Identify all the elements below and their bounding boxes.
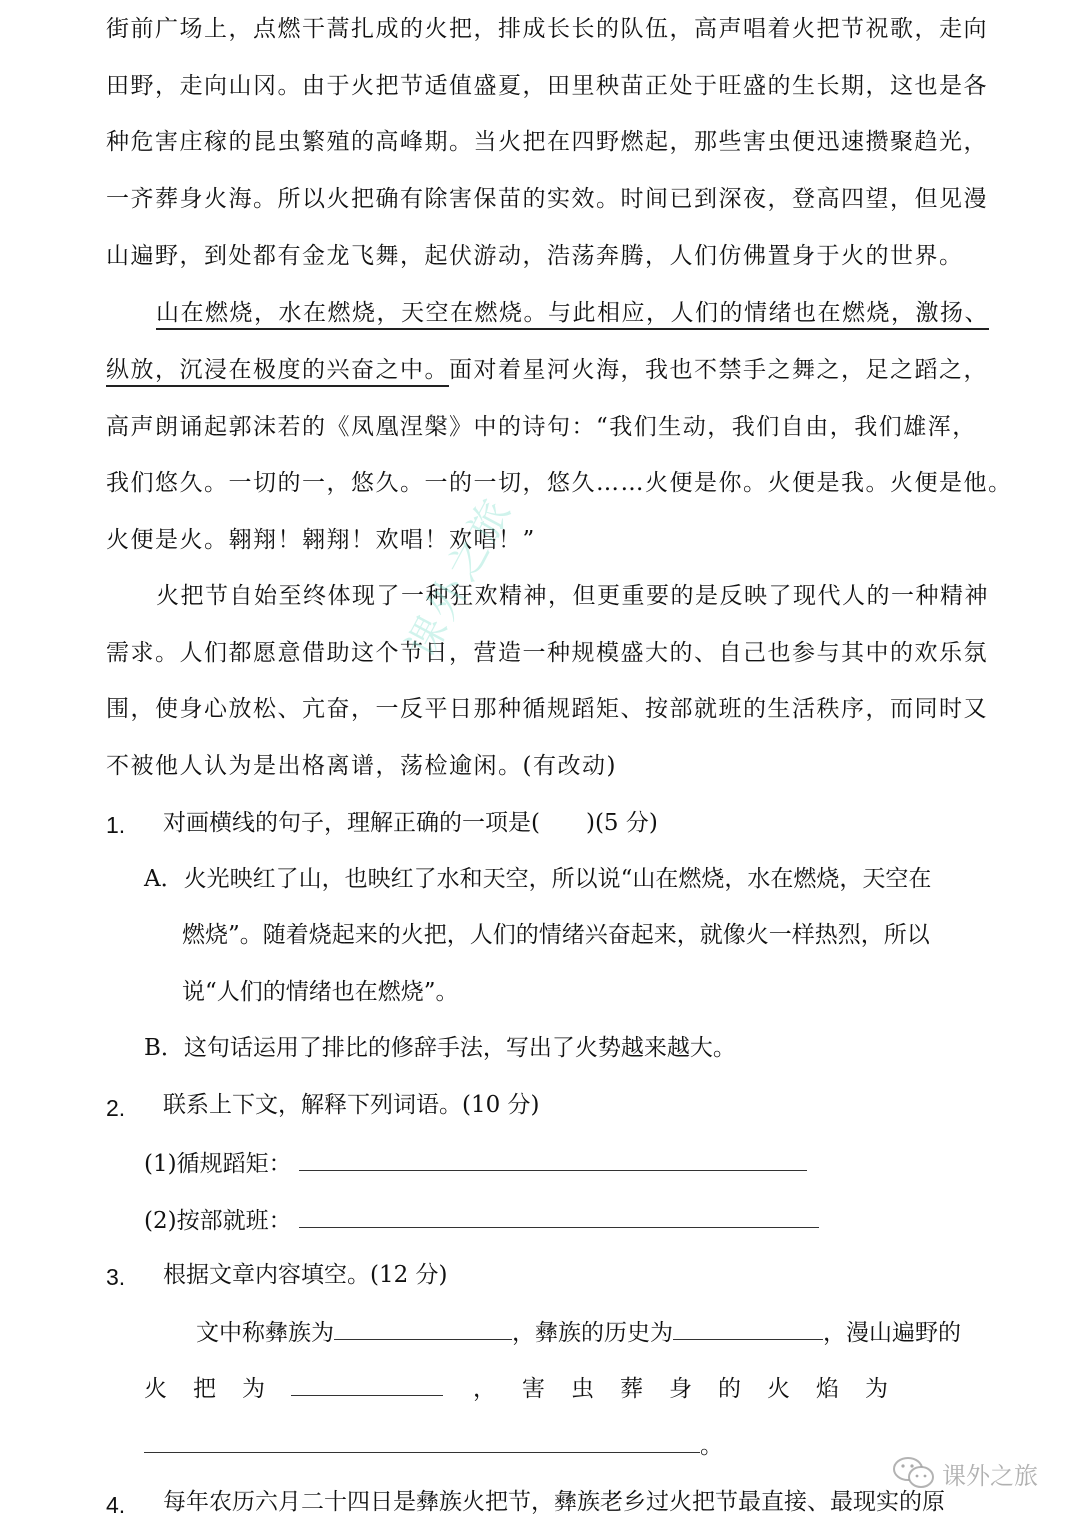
passage-line: 火把节自始至终体现了一种狂欢精神，但更重要的是反映了现代人的一种精神 xyxy=(156,581,989,611)
question-number: 4. xyxy=(106,1490,125,1520)
passage-line: 不被他人认为是出格离谱，荡检逾闲。(有改动) xyxy=(106,751,617,781)
option-a-line: A．火光映红了山，也映红了水和天空，所以说“山在燃烧，水在燃烧，天空在 xyxy=(144,864,931,894)
option-a-line: 燃烧”。随着烧起来的火把，人们的情绪兴奋起来，就像火一样热烈，所以 xyxy=(182,920,930,950)
fill-text: 火把为 xyxy=(144,1376,291,1402)
passage-line: 田野，走向山冈。由于火把节适值盛夏，田里秧苗正处于旺盛的生长期，这也是各 xyxy=(106,71,988,101)
fill-text: ，害虫葬身的火焰为 xyxy=(473,1376,914,1402)
brand-text: 课外之旅 xyxy=(942,1456,1038,1491)
vocab-label: (1)循规蹈矩： xyxy=(144,1151,292,1177)
underlined-text: 山在燃烧，水在燃烧，天空在燃烧。与此相应，人们的情绪也在燃烧，激扬、 xyxy=(156,300,989,330)
question-number: 1. xyxy=(106,810,125,840)
fill-text: 。 xyxy=(700,1433,723,1459)
fill-text: 文中称彝族为 xyxy=(196,1320,334,1346)
passage-line: 围，使身心放松、亢奋，一反平日那种循规蹈矩、按部就班的生活秩序，而同时又 xyxy=(106,694,988,724)
option-b: B．这句话运用了排比的修辞手法，写出了火势越来越大。 xyxy=(144,1033,736,1063)
option-a-line: 说“人们的情绪也在燃烧”。 xyxy=(182,977,459,1007)
question-prompt: 每年农历六月二十四日是彝族火把节，彝族老乡过火把节最直接、最现实的原 xyxy=(163,1487,945,1517)
fill-line-2: 火把为，害虫葬身的火焰为 xyxy=(144,1373,914,1404)
vocab-item-1: (1)循规蹈矩： xyxy=(144,1148,807,1179)
answer-blank[interactable] xyxy=(673,1317,823,1340)
passage-line: 街前广场上，点燃干蒿扎成的火把，排成长长的队伍，高声唱着火把节祝歌，走向 xyxy=(106,14,988,44)
fill-text: ，彝族的历史为 xyxy=(512,1320,673,1346)
question-number: 2. xyxy=(106,1093,125,1123)
question-prompt: 联系上下文，解释下列词语。(10 分) xyxy=(163,1090,540,1120)
brand-watermark: 课外之旅 xyxy=(892,1455,1038,1491)
question-prompt: 对画横线的句子，理解正确的一项是( )(5 分) xyxy=(163,808,658,838)
answer-blank[interactable] xyxy=(299,1148,807,1171)
answer-blank[interactable] xyxy=(299,1205,819,1228)
passage-line: 需求。人们都愿意借助这个节日，营造一种规模盛大的、自己也参与其中的欢乐氛 xyxy=(106,638,988,668)
passage-line: 种危害庄稼的昆虫繁殖的高峰期。当火把在四野燃起，那些害虫便迅速攒聚趋光， xyxy=(106,127,988,157)
fill-text: ，漫山遍野的 xyxy=(823,1320,961,1346)
passage-text: 面对着星河火海，我也不禁手之舞之，足之蹈之， xyxy=(449,357,988,383)
answer-blank[interactable] xyxy=(334,1317,512,1340)
underlined-sentence-part1: 山在燃烧，水在燃烧，天空在燃烧。与此相应，人们的情绪也在燃烧，激扬、 xyxy=(156,298,989,328)
passage-line: 高声朗诵起郭沫若的《凤凰涅槃》中的诗句：“我们生动，我们自由，我们雄浑， xyxy=(106,412,977,442)
passage-line: 一齐葬身火海。所以火把确有除害保苗的实效。时间已到深夜，登高四望，但见漫 xyxy=(106,184,988,214)
answer-blank[interactable] xyxy=(291,1373,443,1396)
vocab-item-2: (2)按部就班： xyxy=(144,1205,819,1236)
fill-line-1: 文中称彝族为，彝族的历史为，漫山遍野的 xyxy=(196,1317,961,1348)
question-number: 3. xyxy=(106,1262,125,1292)
fill-line-3: 。 xyxy=(144,1430,723,1461)
passage-line: 纵放，沉浸在极度的兴奋之中。面对着星河火海，我也不禁手之舞之，足之蹈之， xyxy=(106,355,988,385)
wechat-icon xyxy=(892,1455,936,1491)
passage-line: 山遍野，到处都有金龙飞舞，起伏游动，浩荡奔腾，人们仿佛置身于火的世界。 xyxy=(106,241,964,271)
question-prompt: 根据文章内容填空。(12 分) xyxy=(163,1260,448,1290)
underlined-text: 纵放，沉浸在极度的兴奋之中。 xyxy=(106,357,449,387)
answer-blank[interactable] xyxy=(144,1430,700,1453)
vocab-label: (2)按部就班： xyxy=(144,1208,292,1234)
passage-line: 我们悠久。一切的一，悠久。一的一切，悠久……火便是你。火便是我。火便是他。 xyxy=(106,468,1013,498)
